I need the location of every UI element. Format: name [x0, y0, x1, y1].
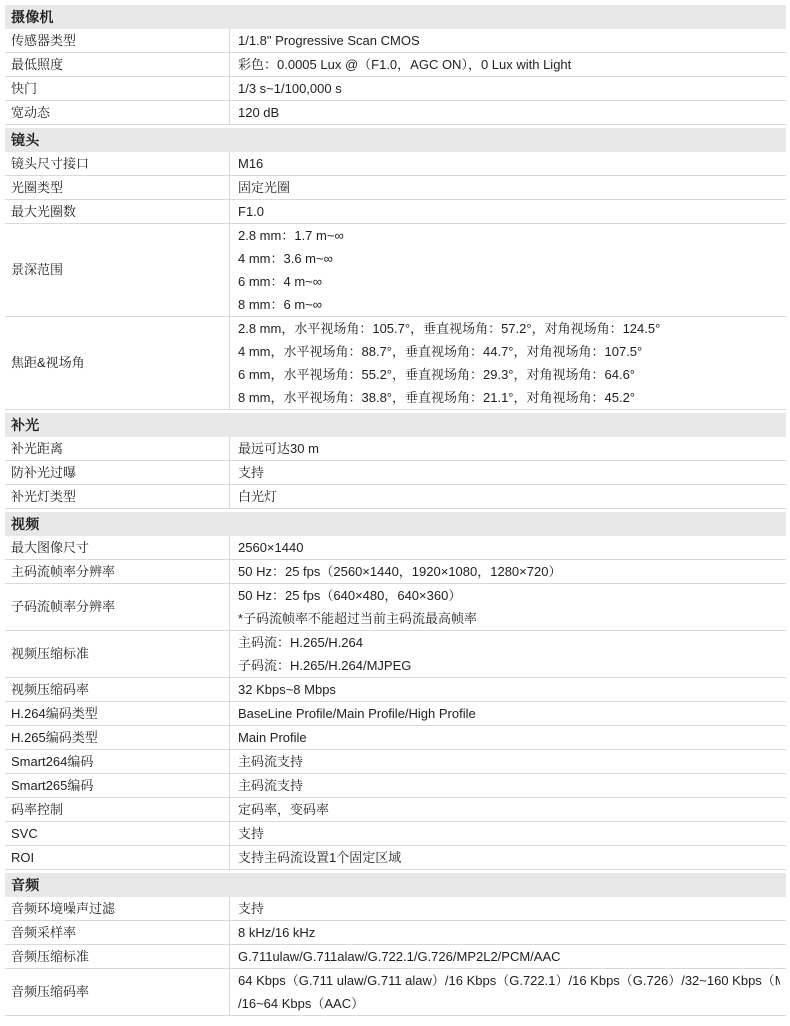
spec-label: Smart265编码: [5, 774, 230, 797]
spec-label: 最大图像尺寸: [5, 536, 230, 559]
spec-value-line: BaseLine Profile/Main Profile/High Profi…: [238, 702, 780, 725]
spec-value-line: 主码流支持: [238, 774, 780, 797]
spec-value-line: 64 Kbps（G.711 ulaw/G.711 alaw）/16 Kbps（G…: [238, 969, 780, 992]
spec-section: 补光 补光距离 最远可达30 m 防补光过曝 支持 补光灯类型 白光灯: [5, 413, 786, 509]
spec-value-line: 彩色：0.0005 Lux @（F1.0，AGC ON），0 Lux with …: [238, 53, 780, 76]
table-row: 补光距离 最远可达30 m: [5, 437, 786, 461]
spec-value: 彩色：0.0005 Lux @（F1.0，AGC ON），0 Lux with …: [230, 53, 786, 76]
spec-section: 视频 最大图像尺寸 2560×1440 主码流帧率分辨率 50 Hz：25 fp…: [5, 512, 786, 870]
table-row: 补光灯类型 白光灯: [5, 485, 786, 509]
table-row: 码率控制 定码率，变码率: [5, 798, 786, 822]
table-row: 焦距&视场角 2.8 mm，水平视场角：105.7°，垂直视场角：57.2°，对…: [5, 317, 786, 410]
table-row: 音频压缩标准 G.711ulaw/G.711alaw/G.722.1/G.726…: [5, 945, 786, 969]
spec-value-line: Main Profile: [238, 726, 780, 749]
spec-value-line: 2560×1440: [238, 536, 780, 559]
spec-label: 宽动态: [5, 101, 230, 124]
section-header: 镜头: [5, 128, 786, 152]
spec-label: 音频压缩码率: [5, 969, 230, 1015]
section-title: 镜头: [11, 132, 39, 148]
spec-value: F1.0: [230, 200, 786, 223]
spec-label: H.265编码类型: [5, 726, 230, 749]
spec-value-line: 2.8 mm，水平视场角：105.7°，垂直视场角：57.2°，对角视场角：12…: [238, 317, 780, 340]
spec-value: 主码流支持: [230, 750, 786, 773]
spec-value-line: 最远可达30 m: [238, 437, 780, 460]
table-row: 宽动态 120 dB: [5, 101, 786, 125]
table-row: 音频采样率 8 kHz/16 kHz: [5, 921, 786, 945]
spec-label: 最大光圈数: [5, 200, 230, 223]
section-title: 音频: [11, 877, 39, 893]
spec-value: 支持: [230, 897, 786, 920]
spec-value-line: /16~64 Kbps（AAC）: [238, 992, 780, 1015]
spec-value-line: 主码流：H.265/H.264: [238, 631, 780, 654]
spec-value: 120 dB: [230, 101, 786, 124]
spec-value: 2.8 mm：1.7 m~∞ 4 mm：3.6 m~∞ 6 mm：4 m~∞ 8…: [230, 224, 786, 316]
spec-label: 补光灯类型: [5, 485, 230, 508]
section-header: 补光: [5, 413, 786, 437]
spec-value-line: 50 Hz：25 fps（640×480，640×360）: [238, 584, 780, 607]
spec-value: 最远可达30 m: [230, 437, 786, 460]
spec-value-line: 支持: [238, 461, 780, 484]
table-row: H.265编码类型 Main Profile: [5, 726, 786, 750]
spec-label: 视频压缩标准: [5, 631, 230, 677]
spec-label: 码率控制: [5, 798, 230, 821]
spec-value-line: 白光灯: [238, 485, 780, 508]
table-row: 子码流帧率分辨率 50 Hz：25 fps（640×480，640×360） *…: [5, 584, 786, 631]
section-title: 补光: [11, 417, 39, 433]
spec-value-line: G.711ulaw/G.711alaw/G.722.1/G.726/MP2L2/…: [238, 945, 780, 968]
spec-section: 摄像机 传感器类型 1/1.8" Progressive Scan CMOS 最…: [5, 5, 786, 125]
spec-value: 50 Hz：25 fps（640×480，640×360） *子码流帧率不能超过…: [230, 584, 786, 630]
section-rows: 最大图像尺寸 2560×1440 主码流帧率分辨率 50 Hz：25 fps（2…: [5, 536, 786, 870]
spec-label: 景深范围: [5, 224, 230, 316]
spec-value-line: 支持: [238, 822, 780, 845]
spec-value: 主码流：H.265/H.264 子码流：H.265/H.264/MJPEG: [230, 631, 786, 677]
spec-label: 焦距&视场角: [5, 317, 230, 409]
spec-value: 1/3 s~1/100,000 s: [230, 77, 786, 100]
table-row: 主码流帧率分辨率 50 Hz：25 fps（2560×1440，1920×108…: [5, 560, 786, 584]
table-row: 景深范围 2.8 mm：1.7 m~∞ 4 mm：3.6 m~∞ 6 mm：4 …: [5, 224, 786, 317]
spec-value-line: 支持主码流设置1个固定区域: [238, 846, 780, 869]
spec-value: 主码流支持: [230, 774, 786, 797]
spec-value-line: 8 mm：6 m~∞: [238, 293, 780, 316]
spec-label: 音频环境噪声过滤: [5, 897, 230, 920]
spec-label: 音频采样率: [5, 921, 230, 944]
spec-label: 最低照度: [5, 53, 230, 76]
spec-value-line: 1/1.8" Progressive Scan CMOS: [238, 29, 780, 52]
table-row: 传感器类型 1/1.8" Progressive Scan CMOS: [5, 29, 786, 53]
table-row: H.264编码类型 BaseLine Profile/Main Profile/…: [5, 702, 786, 726]
section-rows: 音频环境噪声过滤 支持 音频采样率 8 kHz/16 kHz 音频压缩标准 G.…: [5, 897, 786, 1016]
spec-label: Smart264编码: [5, 750, 230, 773]
spec-value-line: 4 mm：3.6 m~∞: [238, 247, 780, 270]
table-row: 镜头尺寸接口 M16: [5, 152, 786, 176]
spec-value-line: M16: [238, 152, 780, 175]
spec-label: ROI: [5, 846, 230, 869]
spec-value-line: 固定光圈: [238, 176, 780, 199]
spec-value: 支持主码流设置1个固定区域: [230, 846, 786, 869]
spec-value-line: 4 mm，水平视场角：88.7°，垂直视场角：44.7°，对角视场角：107.5…: [238, 340, 780, 363]
spec-label: SVC: [5, 822, 230, 845]
spec-label: 补光距离: [5, 437, 230, 460]
spec-label: 镜头尺寸接口: [5, 152, 230, 175]
spec-value: Main Profile: [230, 726, 786, 749]
table-row: 视频压缩码率 32 Kbps~8 Mbps: [5, 678, 786, 702]
table-row: 音频压缩码率 64 Kbps（G.711 ulaw/G.711 alaw）/16…: [5, 969, 786, 1016]
spec-value: 定码率，变码率: [230, 798, 786, 821]
spec-value: 8 kHz/16 kHz: [230, 921, 786, 944]
spec-label: 主码流帧率分辨率: [5, 560, 230, 583]
spec-section: 镜头 镜头尺寸接口 M16 光圈类型 固定光圈 最大光圈数 F1.0 景深范围 …: [5, 128, 786, 410]
section-header: 摄像机: [5, 5, 786, 29]
spec-value-line: 主码流支持: [238, 750, 780, 773]
section-rows: 补光距离 最远可达30 m 防补光过曝 支持 补光灯类型 白光灯: [5, 437, 786, 509]
spec-value-line: 子码流：H.265/H.264/MJPEG: [238, 654, 780, 677]
spec-value-line: 32 Kbps~8 Mbps: [238, 678, 780, 701]
spec-value-line: 6 mm，水平视场角：55.2°，垂直视场角：29.3°，对角视场角：64.6°: [238, 363, 780, 386]
spec-value: M16: [230, 152, 786, 175]
spec-value-line: F1.0: [238, 200, 780, 223]
spec-value-line: 定码率，变码率: [238, 798, 780, 821]
section-rows: 传感器类型 1/1.8" Progressive Scan CMOS 最低照度 …: [5, 29, 786, 125]
table-row: 最低照度 彩色：0.0005 Lux @（F1.0，AGC ON），0 Lux …: [5, 53, 786, 77]
spec-label: 光圈类型: [5, 176, 230, 199]
spec-value-line: 8 kHz/16 kHz: [238, 921, 780, 944]
spec-label: 视频压缩码率: [5, 678, 230, 701]
table-row: 视频压缩标准 主码流：H.265/H.264 子码流：H.265/H.264/M…: [5, 631, 786, 678]
spec-label: 传感器类型: [5, 29, 230, 52]
spec-value-line: 1/3 s~1/100,000 s: [238, 77, 780, 100]
spec-value: G.711ulaw/G.711alaw/G.722.1/G.726/MP2L2/…: [230, 945, 786, 968]
section-title: 摄像机: [11, 9, 54, 25]
table-row: 防补光过曝 支持: [5, 461, 786, 485]
section-header: 视频: [5, 512, 786, 536]
table-row: SVC 支持: [5, 822, 786, 846]
spec-value-line: 120 dB: [238, 101, 780, 124]
spec-value-line: *子码流帧率不能超过当前主码流最高帧率: [238, 607, 780, 630]
table-row: Smart264编码 主码流支持: [5, 750, 786, 774]
section-rows: 镜头尺寸接口 M16 光圈类型 固定光圈 最大光圈数 F1.0 景深范围 2.8…: [5, 152, 786, 410]
spec-value: 64 Kbps（G.711 ulaw/G.711 alaw）/16 Kbps（G…: [230, 969, 786, 1015]
table-row: 快门 1/3 s~1/100,000 s: [5, 77, 786, 101]
table-row: 音频环境噪声过滤 支持: [5, 897, 786, 921]
table-row: Smart265编码 主码流支持: [5, 774, 786, 798]
section-header: 音频: [5, 873, 786, 897]
spec-label: 音频压缩标准: [5, 945, 230, 968]
spec-value: 固定光圈: [230, 176, 786, 199]
table-row: 光圈类型 固定光圈: [5, 176, 786, 200]
spec-value: 2.8 mm，水平视场角：105.7°，垂直视场角：57.2°，对角视场角：12…: [230, 317, 786, 409]
table-row: 最大光圈数 F1.0: [5, 200, 786, 224]
spec-value: BaseLine Profile/Main Profile/High Profi…: [230, 702, 786, 725]
spec-value-line: 8 mm，水平视场角：38.8°，垂直视场角：21.1°，对角视场角：45.2°: [238, 386, 780, 409]
spec-value: 1/1.8" Progressive Scan CMOS: [230, 29, 786, 52]
spec-value: 支持: [230, 461, 786, 484]
spec-label: H.264编码类型: [5, 702, 230, 725]
table-row: 最大图像尺寸 2560×1440: [5, 536, 786, 560]
spec-label: 子码流帧率分辨率: [5, 584, 230, 630]
spec-label: 防补光过曝: [5, 461, 230, 484]
spec-table: 摄像机 传感器类型 1/1.8" Progressive Scan CMOS 最…: [0, 0, 790, 1022]
spec-value-line: 6 mm：4 m~∞: [238, 270, 780, 293]
spec-value: 50 Hz：25 fps（2560×1440，1920×1080，1280×72…: [230, 560, 786, 583]
spec-value-line: 2.8 mm：1.7 m~∞: [238, 224, 780, 247]
spec-value: 支持: [230, 822, 786, 845]
spec-value-line: 50 Hz：25 fps（2560×1440，1920×1080，1280×72…: [238, 560, 780, 583]
spec-section: 音频 音频环境噪声过滤 支持 音频采样率 8 kHz/16 kHz 音频压缩标准…: [5, 873, 786, 1016]
table-row: ROI 支持主码流设置1个固定区域: [5, 846, 786, 870]
spec-value: 32 Kbps~8 Mbps: [230, 678, 786, 701]
spec-value: 2560×1440: [230, 536, 786, 559]
spec-value-line: 支持: [238, 897, 780, 920]
spec-value: 白光灯: [230, 485, 786, 508]
section-title: 视频: [11, 516, 39, 532]
spec-label: 快门: [5, 77, 230, 100]
